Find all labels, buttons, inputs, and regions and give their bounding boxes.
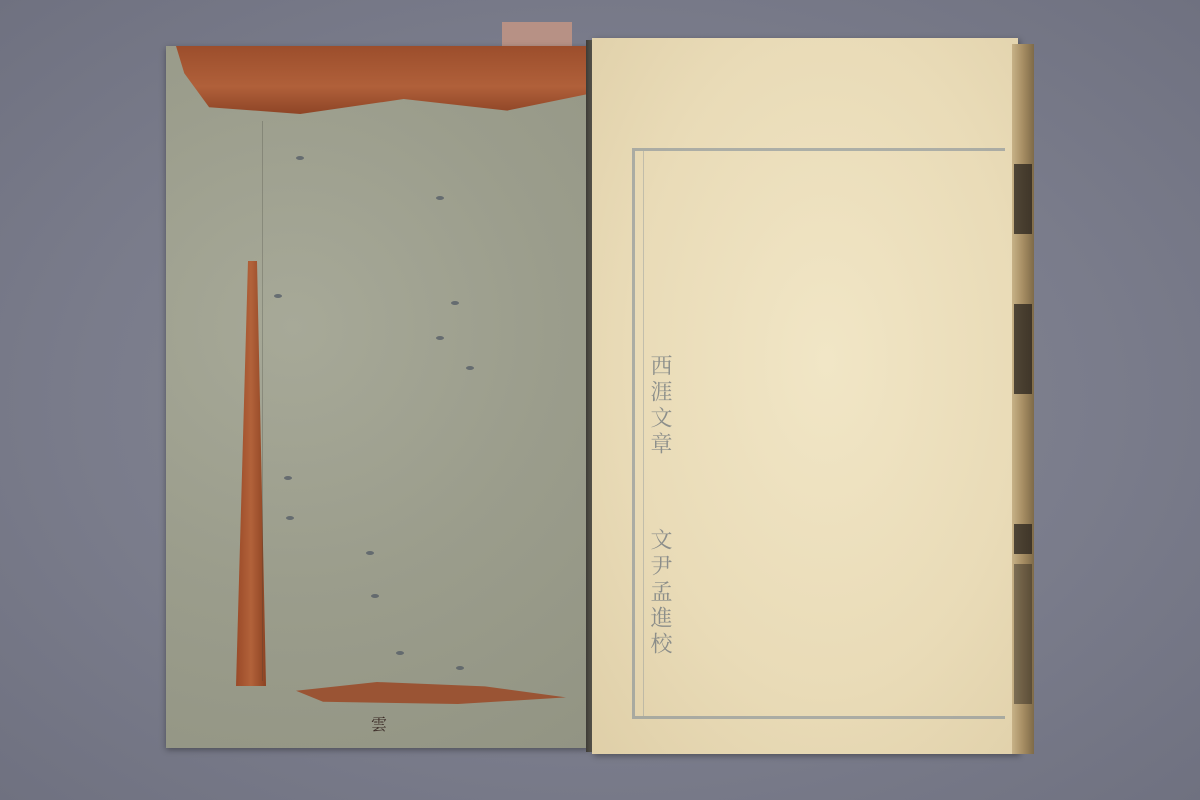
fore-edge-ink-mark (1014, 524, 1032, 554)
paper-fleck (366, 551, 374, 555)
paper-fleck (274, 294, 282, 298)
paper-fold-line (262, 121, 263, 681)
paper-fleck (451, 301, 459, 305)
paper-fleck (371, 594, 379, 598)
show-through-text-column-2: 文尹孟進校 (644, 528, 675, 658)
paper-fleck (466, 366, 474, 370)
paper-fleck (436, 196, 444, 200)
ink-stamp: 雲 (368, 712, 390, 732)
fore-edge-ink-mark (1014, 164, 1032, 234)
torn-cover-flap-top (176, 46, 590, 114)
book-fore-edge (1012, 44, 1034, 754)
paper-fleck (284, 476, 292, 480)
printed-frame-border (632, 148, 1005, 719)
paper-fleck (286, 516, 294, 520)
show-through-text-column-1: 西涯文章 (644, 354, 675, 458)
paper-fleck (296, 156, 304, 160)
left-page-inside-cover: 雲 (166, 46, 590, 748)
torn-cover-flap-bottom (296, 682, 566, 704)
fore-edge-ink-mark (1014, 304, 1032, 394)
right-page: 西涯文章 文尹孟進校 (592, 38, 1018, 754)
paper-fleck (456, 666, 464, 670)
page-tab-marker (502, 22, 572, 48)
paper-fleck (396, 651, 404, 655)
fore-edge-ink-mark (1014, 564, 1032, 704)
paper-fleck (436, 336, 444, 340)
